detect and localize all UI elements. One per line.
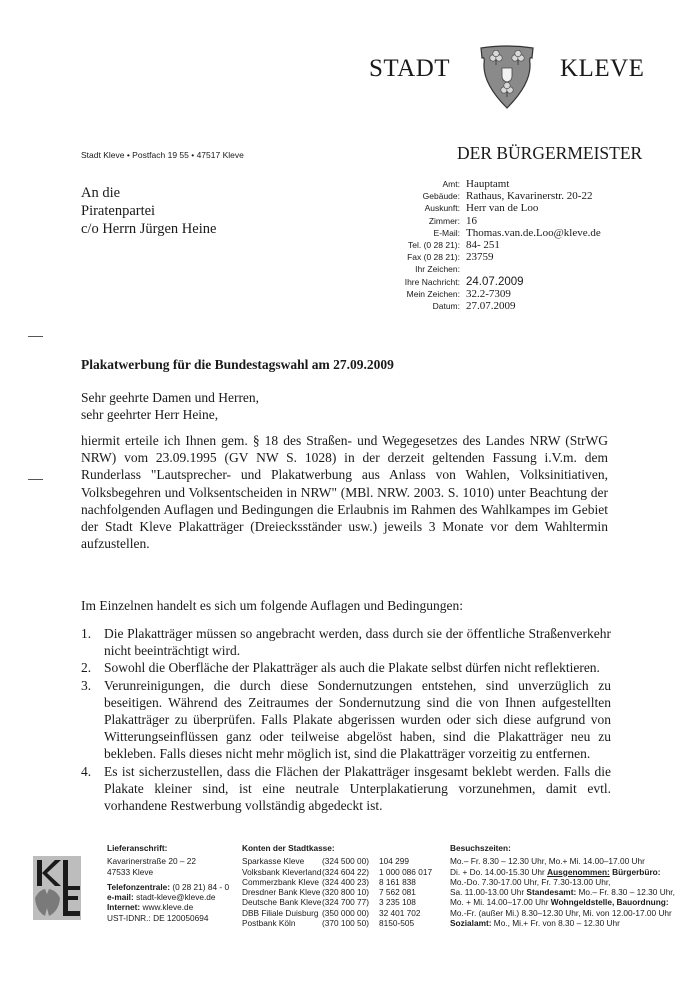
bank-name: Postbank Köln [242, 918, 322, 928]
condition-text: Es ist sicherzustellen, dass die Flächen… [104, 763, 611, 815]
account-row: Deutsche Bank Kleve(324 700 77)3 235 108 [242, 897, 432, 907]
info-value: 84- 251 [466, 239, 500, 251]
bank-name: DBB Filiale Duisburg [242, 908, 322, 918]
info-row-datum: Datum:27.07.2009 [380, 300, 601, 312]
subject-line: Plakatwerbung für die Bundestagswahl am … [81, 357, 394, 373]
hours-text: Di. + Do. 14.00-15.30 Uhr [450, 867, 547, 877]
email-line: e-mail: stadt-kleve@kleve.de [107, 892, 229, 902]
phone-label: Telefonzentrale: [107, 882, 170, 892]
info-row-auskunft: Auskunft:Herr van de Loo [380, 202, 601, 214]
salutation: Sehr geehrte Damen und Herren, sehr geeh… [81, 389, 259, 423]
account-row: Sparkasse Kleve(324 500 00)104 299 [242, 856, 432, 866]
info-value: 32.2-7309 [466, 288, 511, 300]
vat-id: UST-IDNR.: DE 120050694 [107, 913, 229, 923]
condition-text: Verunreinigungen, die durch diese Sonder… [104, 677, 611, 763]
info-label: E-Mail: [380, 228, 466, 238]
hours-line: Sa. 11.00-13.00 Uhr Standesamt: Mo.– Fr.… [450, 887, 695, 897]
info-row-fax: Fax (0 28 21):23759 [380, 251, 601, 263]
hours-line: Sozialamt: Mo., Mi.+ Fr. von 8.30 – 12.3… [450, 918, 695, 928]
info-value: 16 [466, 215, 477, 227]
office-title: DER BÜRGERMEISTER [457, 143, 642, 164]
condition-item: 1.Die Plakatträger müssen so angebracht … [81, 625, 611, 659]
bank-code: (324 604 22) [322, 867, 379, 877]
info-value: Rathaus, Kavarinerstr. 20-22 [466, 190, 592, 202]
fold-mark [28, 479, 43, 480]
letterhead-stadt: STADT [369, 55, 450, 83]
info-row-tel: Tel. (0 28 21):84- 251 [380, 239, 601, 251]
bank-code: (350 000 00) [322, 908, 379, 918]
info-label: Amt: [380, 179, 466, 189]
bank-code: (324 500 00) [322, 856, 379, 866]
condition-item: 2.Sowohl die Oberfläche der Plakatträger… [81, 659, 611, 676]
info-label: Ihre Nachricht: [380, 277, 466, 287]
letterhead-kleve: KLEVE [560, 55, 644, 83]
salutation-line: sehr geehrter Herr Heine, [81, 406, 259, 423]
accounts-heading: Konten der Stadtkasse: [242, 843, 432, 853]
condition-item: 4.Es ist sicherzustellen, dass die Fläch… [81, 763, 611, 815]
account-number: 104 299 [379, 856, 409, 866]
account-number: 32 401 702 [379, 908, 421, 918]
email-label: e-mail: [107, 892, 134, 902]
account-row: Postbank Köln(370 100 50)8150-505 [242, 918, 432, 928]
bank-name: Deutsche Bank Kleve [242, 897, 322, 907]
recipient-line: Piratenpartei [81, 202, 216, 220]
info-label: Zimmer: [380, 216, 466, 226]
bank-name: Commerzbank Kleve [242, 877, 322, 887]
hours-exception-label: Ausgenommen: [547, 867, 610, 877]
account-number: 7 562 081 [379, 887, 416, 897]
hours-dept-label: Bürgerbüro: [610, 867, 661, 877]
delivery-heading: Lieferanschrift: [107, 843, 229, 853]
recipient-line: An die [81, 184, 216, 202]
hours-line: Di. + Do. 14.00-15.30 Uhr Ausgenommen: B… [450, 867, 695, 877]
info-value: 23759 [466, 251, 494, 263]
body-paragraph: hiermit erteile ich Ihnen gem. § 18 des … [81, 432, 608, 552]
condition-text: Sowohl die Oberfläche der Plakatträger a… [104, 659, 611, 676]
info-label: Fax (0 28 21): [380, 252, 466, 262]
hours-line: Mo.-Do. 7.30-17.00 Uhr, Fr. 7.30-13.00 U… [450, 877, 695, 887]
info-row-ihre-nachricht: Ihre Nachricht:24.07.2009 [380, 276, 601, 288]
bank-name: Dresdner Bank Kleve [242, 887, 322, 897]
info-label: Mein Zeichen: [380, 289, 466, 299]
recipient-line: c/o Herrn Jürgen Heine [81, 220, 216, 238]
account-number: 8150-505 [379, 918, 414, 928]
hours-dept-label: Wohngeldstelle, Bauordnung: [551, 897, 669, 907]
bank-accounts: Konten der Stadtkasse: Sparkasse Kleve(3… [242, 843, 432, 928]
conditions-intro: Im Einzelnen handelt es sich um folgende… [81, 598, 463, 614]
info-label: Gebäude: [380, 191, 466, 201]
info-label: Tel. (0 28 21): [380, 240, 466, 250]
hours-text: Sa. 11.00-13.00 Uhr [450, 887, 526, 897]
info-row-ihr-zeichen: Ihr Zeichen: [380, 263, 601, 275]
hours-dept-label: Sozialamt: [450, 918, 492, 928]
reference-info-block: Amt:Hauptamt Gebäude:Rathaus, Kavariners… [380, 178, 601, 312]
bank-code: (324 700 77) [322, 897, 379, 907]
return-address: Stadt Kleve • Postfach 19 55 • 47517 Kle… [81, 150, 244, 160]
condition-number: 2. [81, 659, 104, 676]
account-row: Volksbank Kleverland(324 604 22)1 000 08… [242, 867, 432, 877]
info-value: 27.07.2009 [466, 300, 516, 312]
bank-name: Volksbank Kleverland [242, 867, 322, 877]
info-row-zimmer: Zimmer:16 [380, 215, 601, 227]
fold-mark [28, 336, 43, 337]
conditions-list: 1.Die Plakatträger müssen so angebracht … [81, 625, 611, 814]
info-value: Hauptamt [466, 178, 509, 190]
condition-number: 3. [81, 677, 104, 763]
info-value: Herr van de Loo [466, 202, 538, 214]
bank-name: Sparkasse Kleve [242, 856, 322, 866]
web-line: Internet: www.kleve.de [107, 902, 229, 912]
hours-dept-label: Standesamt: [526, 887, 576, 897]
hours-text: Mo. + Mi. 14.00–17.00 Uhr [450, 897, 551, 907]
hours-line: Mo. + Mi. 14.00–17.00 Uhr Wohngeldstelle… [450, 897, 695, 907]
bank-code: (324 400 23) [322, 877, 379, 887]
email-link[interactable]: Thomas.van.de.Loo@kleve.de [466, 227, 601, 239]
info-label: Datum: [380, 301, 466, 311]
condition-number: 4. [81, 763, 104, 815]
account-number: 3 235 108 [379, 897, 416, 907]
hours-text: Mo.– Fr. 8.30 – 12.30 Uhr, [576, 887, 675, 897]
recipient-address: An die Piratenpartei c/o Herrn Jürgen He… [81, 184, 216, 238]
delivery-city: 47533 Kleve [107, 867, 229, 877]
info-row-email: E-Mail:Thomas.van.de.Loo@kleve.de [380, 227, 601, 239]
delivery-street: Kavarinerstraße 20 – 22 [107, 856, 229, 866]
website-link[interactable]: www.kleve.de [143, 902, 194, 912]
info-label: Ihr Zeichen: [380, 264, 466, 274]
info-label: Auskunft: [380, 203, 466, 213]
account-number: 1 000 086 017 [379, 867, 432, 877]
info-value: 24.07.2009 [466, 276, 524, 288]
bank-code: (370 100 50) [322, 918, 379, 928]
delivery-address: Lieferanschrift: Kavarinerstraße 20 – 22… [107, 843, 229, 923]
account-number: 8 161 838 [379, 877, 416, 887]
kle-logo-icon [33, 856, 81, 920]
hours-text: Mo., Mi.+ Fr. von 8.30 – 12.30 Uhr [492, 918, 620, 928]
info-row-gebaeude: Gebäude:Rathaus, Kavarinerstr. 20-22 [380, 190, 601, 202]
visiting-hours: Besuchszeiten: Mo.– Fr. 8.30 – 12.30 Uhr… [450, 843, 695, 928]
salutation-line: Sehr geehrte Damen und Herren, [81, 389, 259, 406]
account-row: DBB Filiale Duisburg(350 000 00)32 401 7… [242, 908, 432, 918]
condition-text: Die Plakatträger müssen so angebracht we… [104, 625, 611, 659]
email-link[interactable]: stadt-kleve@kleve.de [136, 892, 215, 902]
hours-line: Mo.-Fr. (außer Mi.) 8.30–12.30 Uhr, Mi. … [450, 908, 695, 918]
bank-code: (320 800 10) [322, 887, 379, 897]
hours-line: Mo.– Fr. 8.30 – 12.30 Uhr, Mo.+ Mi. 14.0… [450, 856, 695, 866]
condition-number: 1. [81, 625, 104, 659]
account-row: Commerzbank Kleve(324 400 23)8 161 838 [242, 877, 432, 887]
hours-heading: Besuchszeiten: [450, 843, 695, 853]
info-row-amt: Amt:Hauptamt [380, 178, 601, 190]
info-row-mein-zeichen: Mein Zeichen:32.2-7309 [380, 288, 601, 300]
phone-value: (0 28 21) 84 - 0 [172, 882, 229, 892]
account-row: Dresdner Bank Kleve(320 800 10)7 562 081 [242, 887, 432, 897]
phone-line: Telefonzentrale: (0 28 21) 84 - 0 [107, 882, 229, 892]
condition-item: 3.Verunreinigungen, die durch diese Sond… [81, 677, 611, 763]
coat-of-arms-icon [477, 44, 537, 110]
web-label: Internet: [107, 902, 140, 912]
